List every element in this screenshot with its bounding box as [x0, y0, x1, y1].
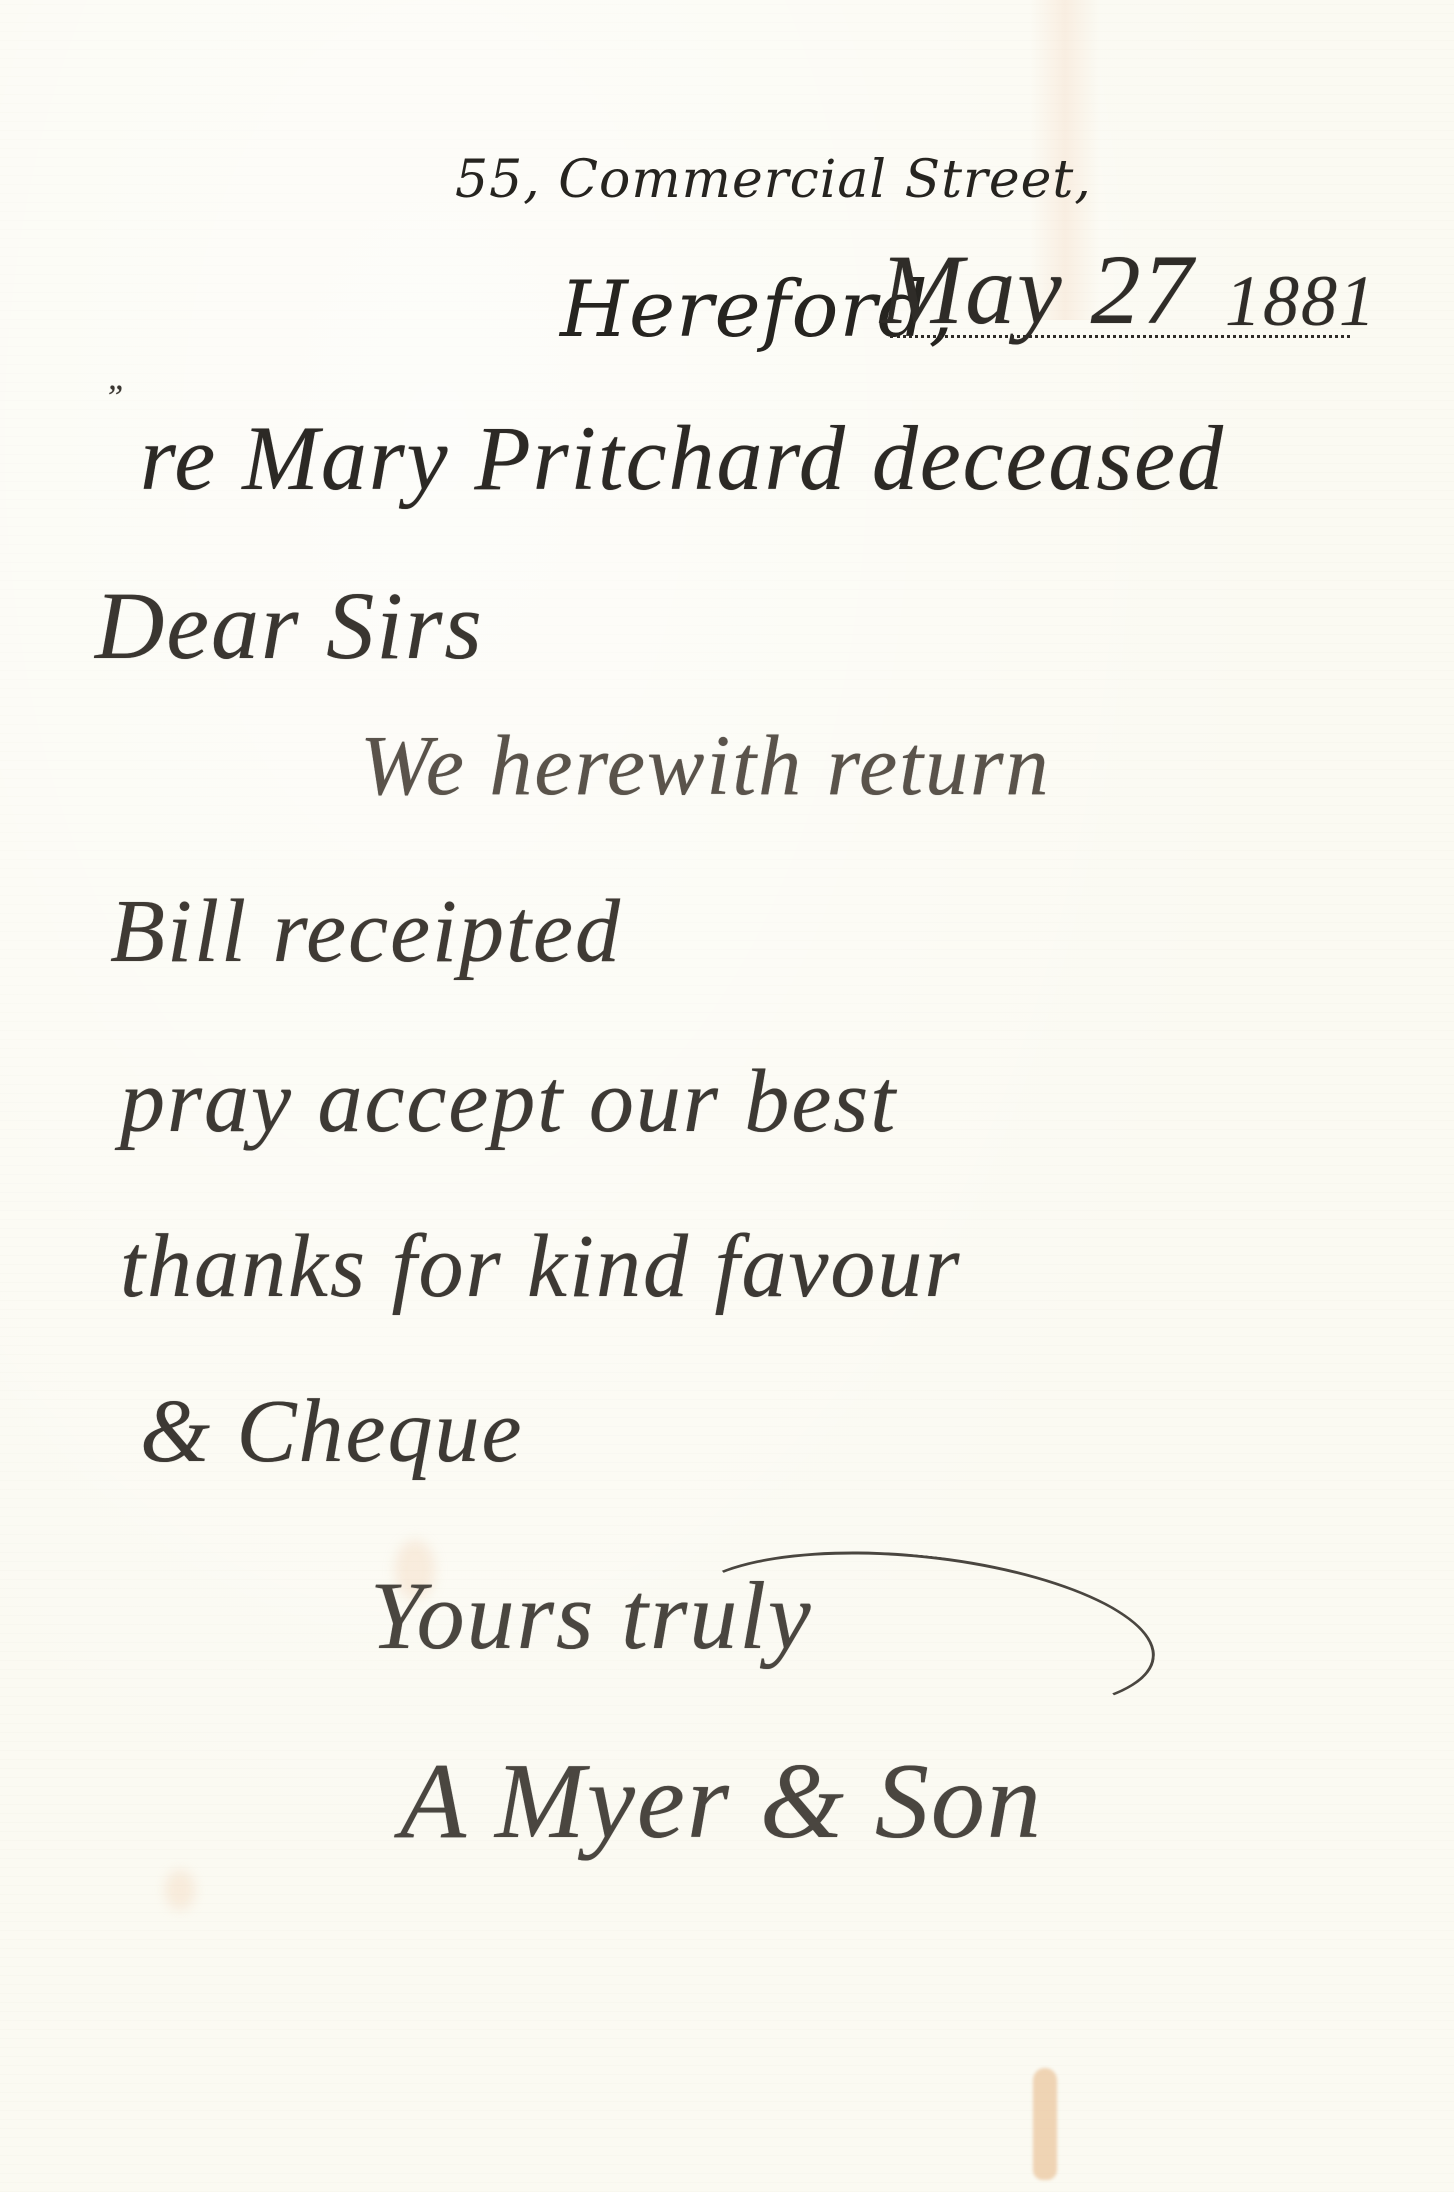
body-line-4: thanks for kind favour [120, 1215, 961, 1318]
letterhead-address: 55, Commercial Street, [455, 150, 1092, 210]
letter-date-year: 1881 [1225, 260, 1377, 343]
ink-stain-bottom [1033, 2068, 1057, 2180]
reference-quote-mark: „ [108, 360, 129, 398]
date-dotted-rule [890, 335, 1350, 338]
body-line-5: & Cheque [140, 1380, 523, 1483]
salutation: Dear Sirs [95, 570, 484, 681]
body-line-1: We herewith return [360, 715, 1051, 815]
body-line-2: Bill receipted [110, 880, 622, 983]
body-line-3: pray accept our best [120, 1050, 897, 1153]
signature: A Myer & Son [400, 1740, 1043, 1864]
paper-spot [165, 1870, 195, 1910]
letter-date-month-day: May 27 [880, 232, 1195, 347]
reference-line: re Mary Pritchard deceased [140, 405, 1225, 511]
